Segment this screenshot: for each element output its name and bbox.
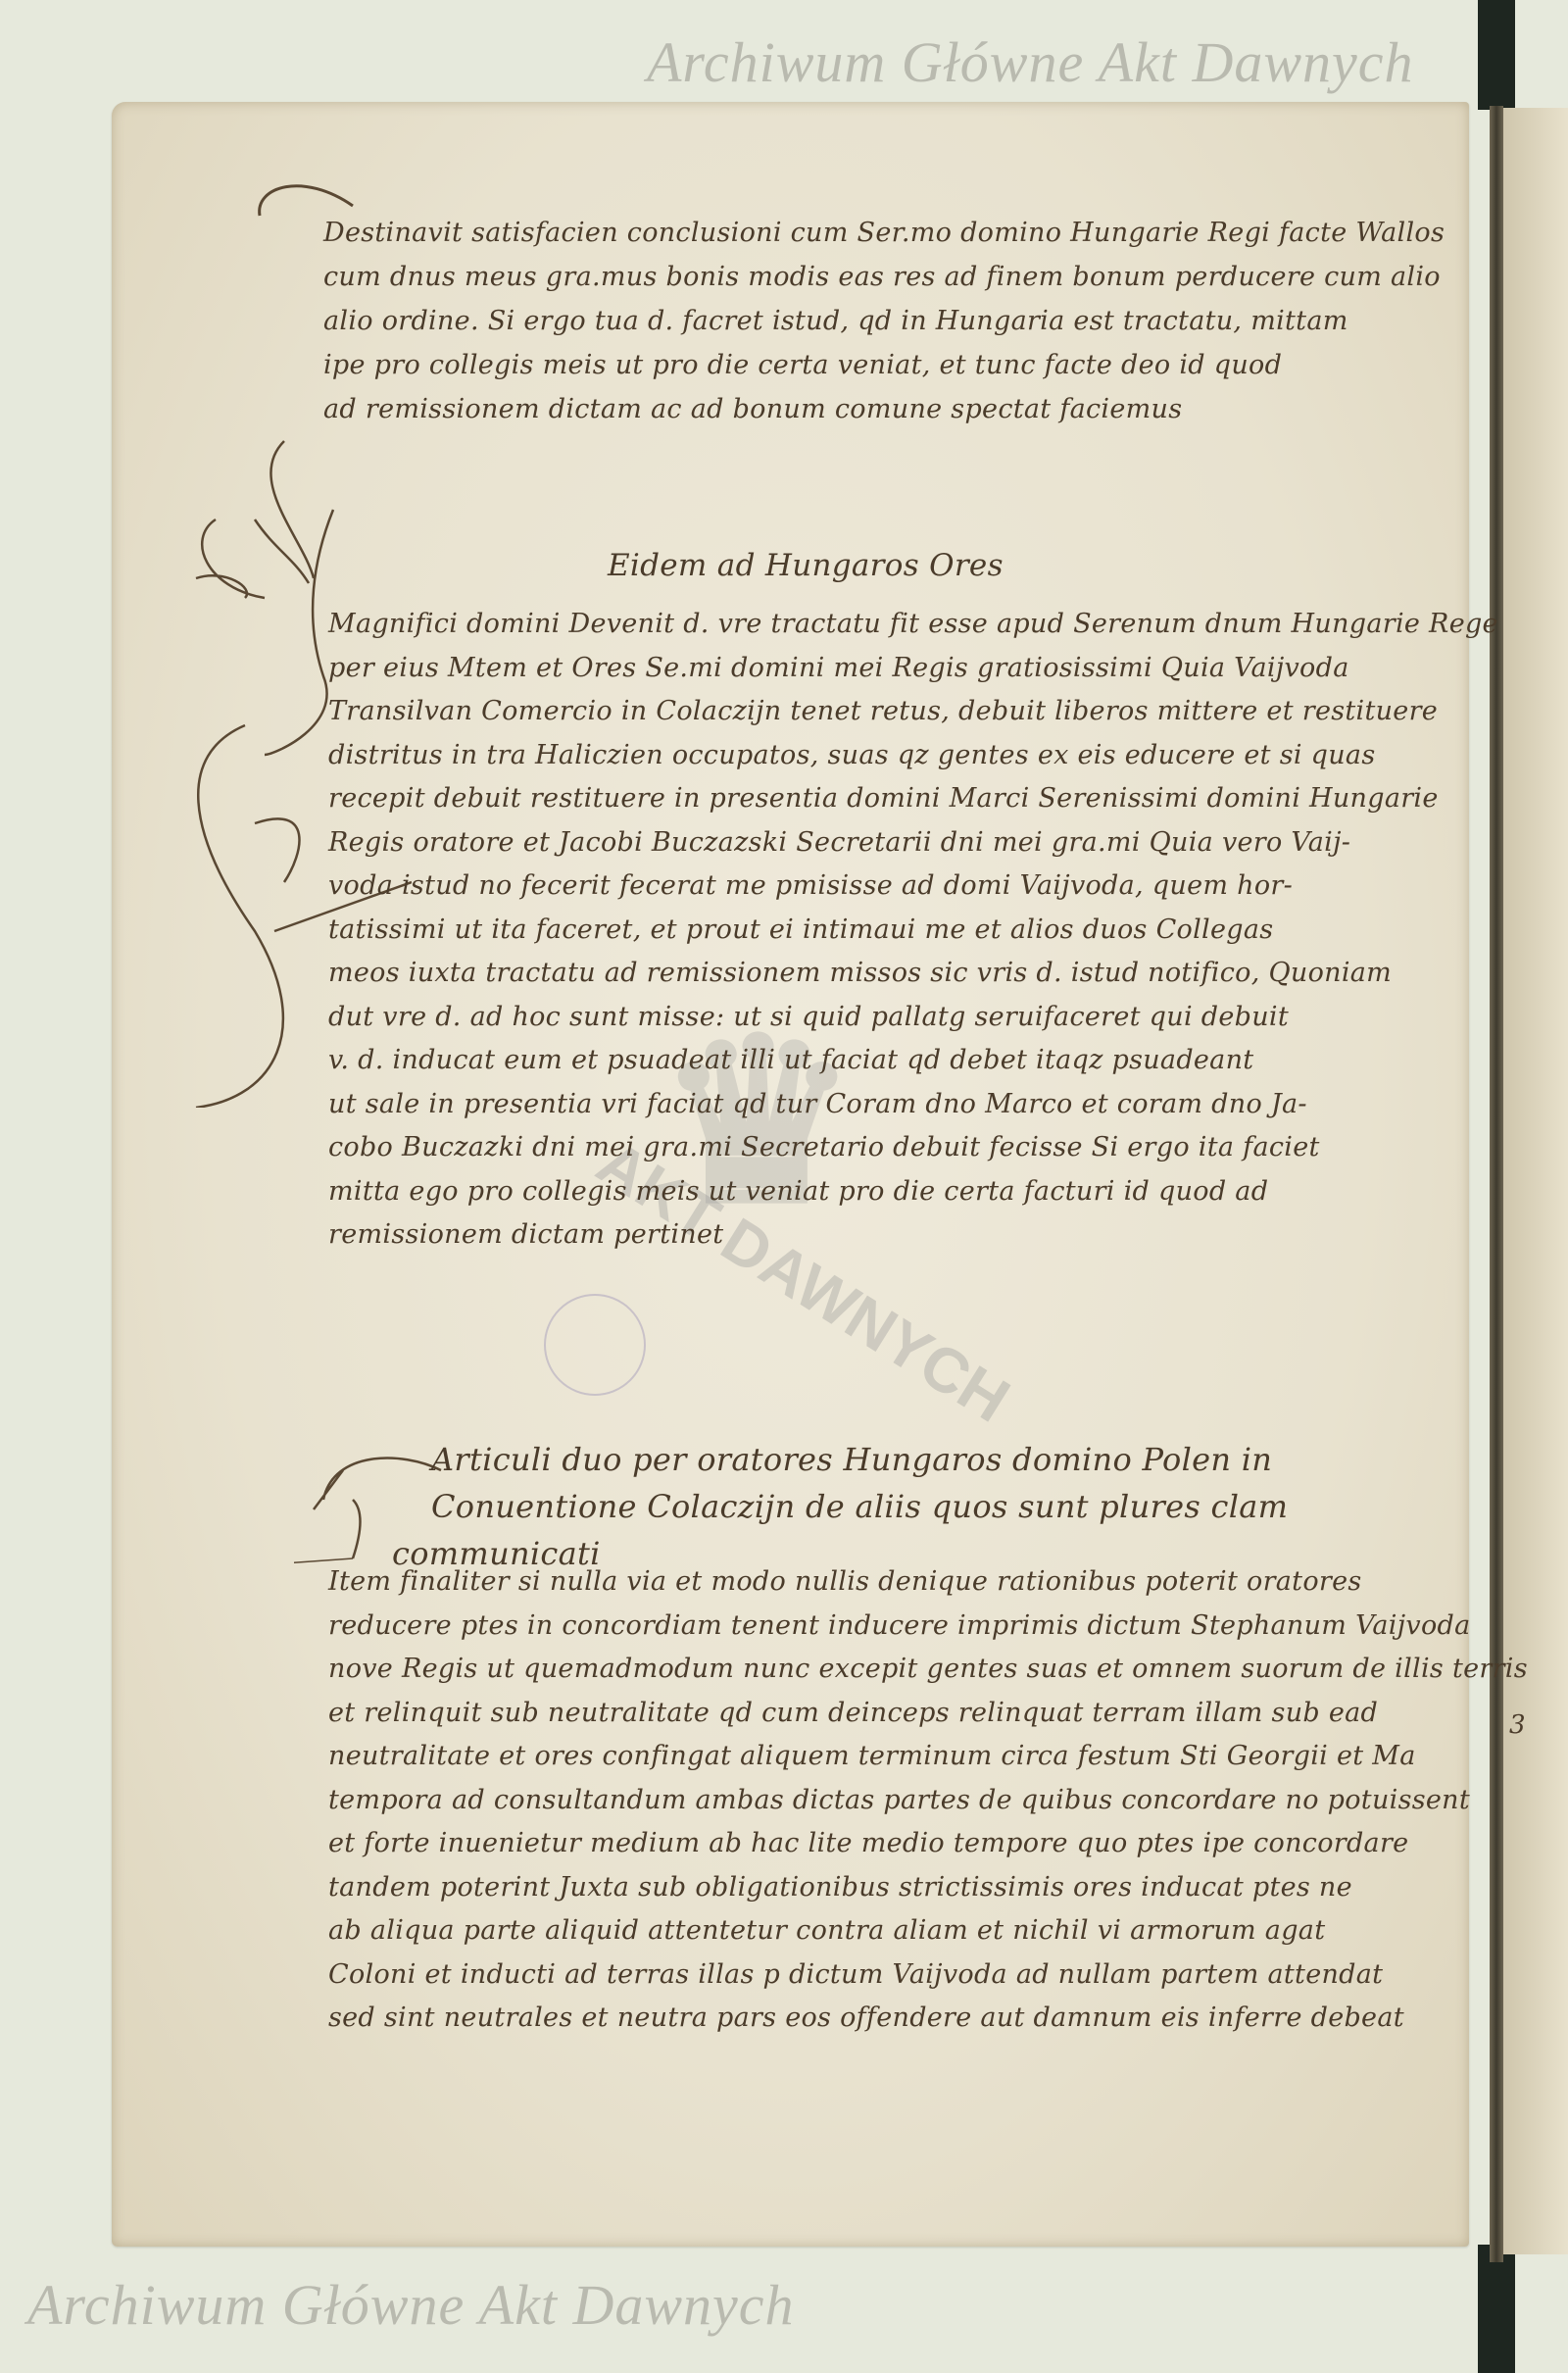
text-line: dut vre d. ad hoc sunt misse: ut si quid… xyxy=(328,996,1498,1040)
text-line: meos iuxta tractatu ad remissionem misso… xyxy=(328,952,1498,996)
archive-watermark-top: Archiwum Główne Akt Dawnych xyxy=(647,29,1414,95)
text-line: et forte inuenietur medium ab hac lite m… xyxy=(328,1822,1528,1866)
binding-ribbon-top xyxy=(1478,0,1515,110)
text-line: ut sale in presentia vri faciat qd tur C… xyxy=(328,1083,1498,1127)
text-line: recepit debuit restituere in presentia d… xyxy=(328,777,1498,821)
text-line: et relinquit sub neutralitate qd cum dei… xyxy=(328,1692,1528,1736)
text-line: tandem poterint Juxta sub obligationibus… xyxy=(328,1866,1528,1910)
manuscript-paragraph-3: Item finaliter si nulla via et modo null… xyxy=(328,1560,1528,2041)
manuscript-paragraph-2: Magnifici domini Devenit d. vre tractatu… xyxy=(328,603,1498,1258)
text-line: v. d. inducat eum et psuadeat illi ut fa… xyxy=(328,1039,1498,1083)
text-line: ab aliqua parte aliquid attentetur contr… xyxy=(328,1909,1528,1953)
text-line: alio ordine. Si ergo tua d. facret istud… xyxy=(323,299,1445,343)
text-line: Coloni et inducti ad terras illas p dict… xyxy=(328,1953,1528,1998)
text-line: Item finaliter si nulla via et modo null… xyxy=(328,1560,1528,1605)
text-line: remissionem dictam pertinet xyxy=(328,1213,1498,1258)
text-line: cum dnus meus gra.mus bonis modis eas re… xyxy=(323,255,1445,299)
text-line: Transilvan Comercio in Colaczijn tenet r… xyxy=(328,690,1498,734)
manuscript-paragraph-1: Destinavit satisfacien conclusioni cum S… xyxy=(323,211,1445,431)
text-line: ad remissionem dictam ac ad bonum comune… xyxy=(323,387,1445,431)
text-line: voda istud no fecerit fecerat me pmisiss… xyxy=(328,865,1498,909)
heading-line: Articuli duo per oratores Hungaros domin… xyxy=(431,1436,1288,1483)
text-line: cobo Buczazki dni mei gra.mi Secretario … xyxy=(328,1126,1498,1170)
heading-line: Conuentione Colaczijn de aliis quos sunt… xyxy=(431,1483,1288,1530)
binding-ribbon-bottom xyxy=(1478,2245,1515,2373)
text-line: tatissimi ut ita faceret, et prout ei in… xyxy=(328,909,1498,953)
facing-page-margin-mark: 3 xyxy=(1509,1710,1526,1740)
archive-watermark-bottom: Archiwum Główne Akt Dawnych xyxy=(27,2272,795,2338)
text-line: sed sint neutrales et neutra pars eos of… xyxy=(328,1997,1528,2041)
text-line: per eius Mtem et Ores Se.mi domini mei R… xyxy=(328,647,1498,691)
section-heading-articuli: Articuli duo per oratores Hungaros domin… xyxy=(431,1436,1288,1577)
text-line: mitta ego pro collegis meis ut veniat pr… xyxy=(328,1170,1498,1214)
text-line: Magnifici domini Devenit d. vre tractatu… xyxy=(328,603,1498,647)
text-line: tempora ad consultandum ambas dictas par… xyxy=(328,1779,1528,1823)
text-line: reducere ptes in concordiam tenent induc… xyxy=(328,1605,1528,1649)
text-line: Regis oratore et Jacobi Buczazski Secret… xyxy=(328,821,1498,865)
small-round-stamp xyxy=(544,1294,646,1396)
text-line: nove Regis ut quemadmodum nunc excepit g… xyxy=(328,1648,1528,1692)
text-line: distritus in tra Haliczien occupatos, su… xyxy=(328,734,1498,778)
text-line: neutralitate et ores confingat aliquem t… xyxy=(328,1735,1528,1779)
text-line: ipe pro collegis meis ut pro die certa v… xyxy=(323,343,1445,387)
text-line: Destinavit satisfacien conclusioni cum S… xyxy=(323,211,1445,255)
section-heading-eidem: Eidem ad Hungaros Ores xyxy=(608,544,1004,588)
